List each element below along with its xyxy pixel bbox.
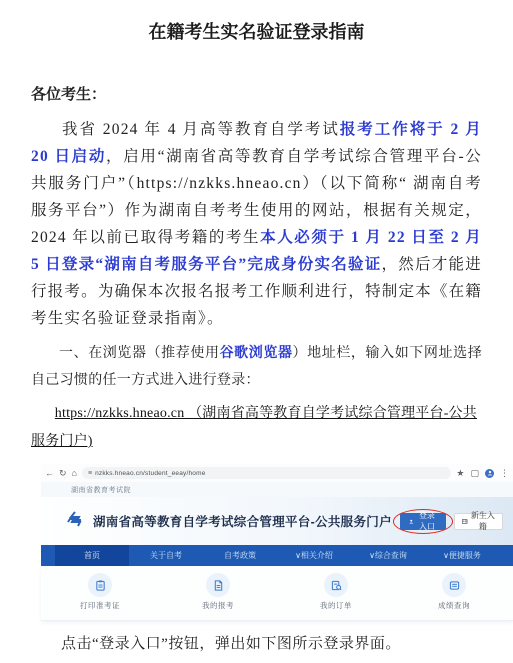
para1-seg-0: 我省 2024 年 4 月高等教育自学考试 [62,121,340,138]
nav-convenient-services[interactable]: ∨便捷服务 [425,545,499,566]
tab-panel-icon[interactable]: ▢ [470,469,479,478]
nav-comprehensive-query[interactable]: ∨综合查询 [351,545,425,566]
browser-menu-icon[interactable]: ⋮ [500,469,509,478]
quick-links-row: 打印准考证 我的报考 我的订单 成绩查询 [41,566,513,621]
nav-related-intro[interactable]: ∨相关介绍 [277,545,351,566]
quick-link-score-query[interactable]: 成绩查询 [409,573,499,611]
address-bar[interactable]: ≡ nzkks.hneao.cn/student_eeay/home [82,467,451,479]
score-query-icon [442,573,466,597]
embedded-screenshot: ← ↻ ⌂ ≡ nzkks.hneao.cn/student_eeay/home… [41,464,513,621]
site-top-band: 湖南省教育考试院 [41,482,513,497]
para2-highlight-chrome: 谷歌浏览器 [220,346,293,361]
my-orders-icon [324,573,348,597]
portal-url-link[interactable]: https://nzkks.hneao.cn （湖南省高等教育自学考试综合管理平… [31,406,477,449]
portal-title: 湖南省高等教育自学考试综合管理平台-公共服务门户 [93,512,392,530]
back-icon[interactable]: ← [45,469,54,478]
print-admission-icon [88,573,112,597]
quick-link-label: 我的订单 [320,600,352,611]
para2-seg-0: 一、在浏览器（推荐使用 [59,346,220,361]
portal-header-buttons: 登录入口 新生入籍 [400,513,503,530]
nav-policy[interactable]: 自考政策 [203,545,277,566]
home-icon[interactable]: ⌂ [72,469,77,478]
document-page: 在籍考生实名验证登录指南 各位考生： 我省 2024 年 4 月高等教育自学考试… [0,0,513,663]
closing-instruction: 点击“登录入口”按钮，弹出如下图所示登录界面。 [31,633,482,655]
quick-link-my-registration[interactable]: 我的报考 [173,573,263,611]
login-button-label: 登录入口 [416,510,437,532]
portal-header: 湖南省高等教育自学考试综合管理平台-公共服务门户 登录入口 新生入籍 [41,497,513,545]
url-text: nzkks.hneao.cn/student_eeay/home [95,470,205,477]
paragraph-step-one: 一、在浏览器（推荐使用谷歌浏览器）地址栏，输入如下网址选择自己习惯的任一方式进入… [31,340,482,394]
portal-url-line: https://nzkks.hneao.cn （湖南省高等教育自学考试综合管理平… [31,400,482,456]
quick-link-label: 我的报考 [202,600,234,611]
profile-avatar-icon[interactable] [485,469,494,478]
register-card-icon [462,518,467,525]
paragraph-intro: 我省 2024 年 4 月高等教育自学考试报考工作将于 2 月 20 日启动，启… [31,116,482,332]
person-icon [409,518,414,525]
site-name-label: 湖南省教育考试院 [71,485,131,495]
browser-toolbar: ← ↻ ⌂ ≡ nzkks.hneao.cn/student_eeay/home… [41,464,513,482]
nav-about[interactable]: 关于自考 [129,545,203,566]
quick-link-my-orders[interactable]: 我的订单 [291,573,381,611]
bookmark-star-icon[interactable]: ★ [456,469,464,478]
new-student-register-button[interactable]: 新生入籍 [454,513,503,530]
portal-nav: 首页 关于自考 自考政策 ∨相关介绍 ∨综合查询 ∨便捷服务 [41,545,513,566]
quick-link-label: 成绩查询 [438,600,470,611]
site-info-icon[interactable]: ≡ [88,470,92,477]
quick-link-label: 打印准考证 [80,600,120,611]
browser-actions: ★ ▢ ⋮ [456,469,509,478]
reload-icon[interactable]: ↻ [59,469,67,478]
quick-link-print-admission-ticket[interactable]: 打印准考证 [55,573,145,611]
login-button-wrap: 登录入口 [400,513,447,530]
salutation: 各位考生： [31,84,482,106]
nav-home[interactable]: 首页 [55,545,129,566]
portal-logo-icon [67,511,87,532]
register-button-label: 新生入籍 [471,510,495,532]
my-registration-icon [206,573,230,597]
page-title: 在籍考生实名验证登录指南 [31,20,482,44]
login-entry-button[interactable]: 登录入口 [400,513,447,530]
